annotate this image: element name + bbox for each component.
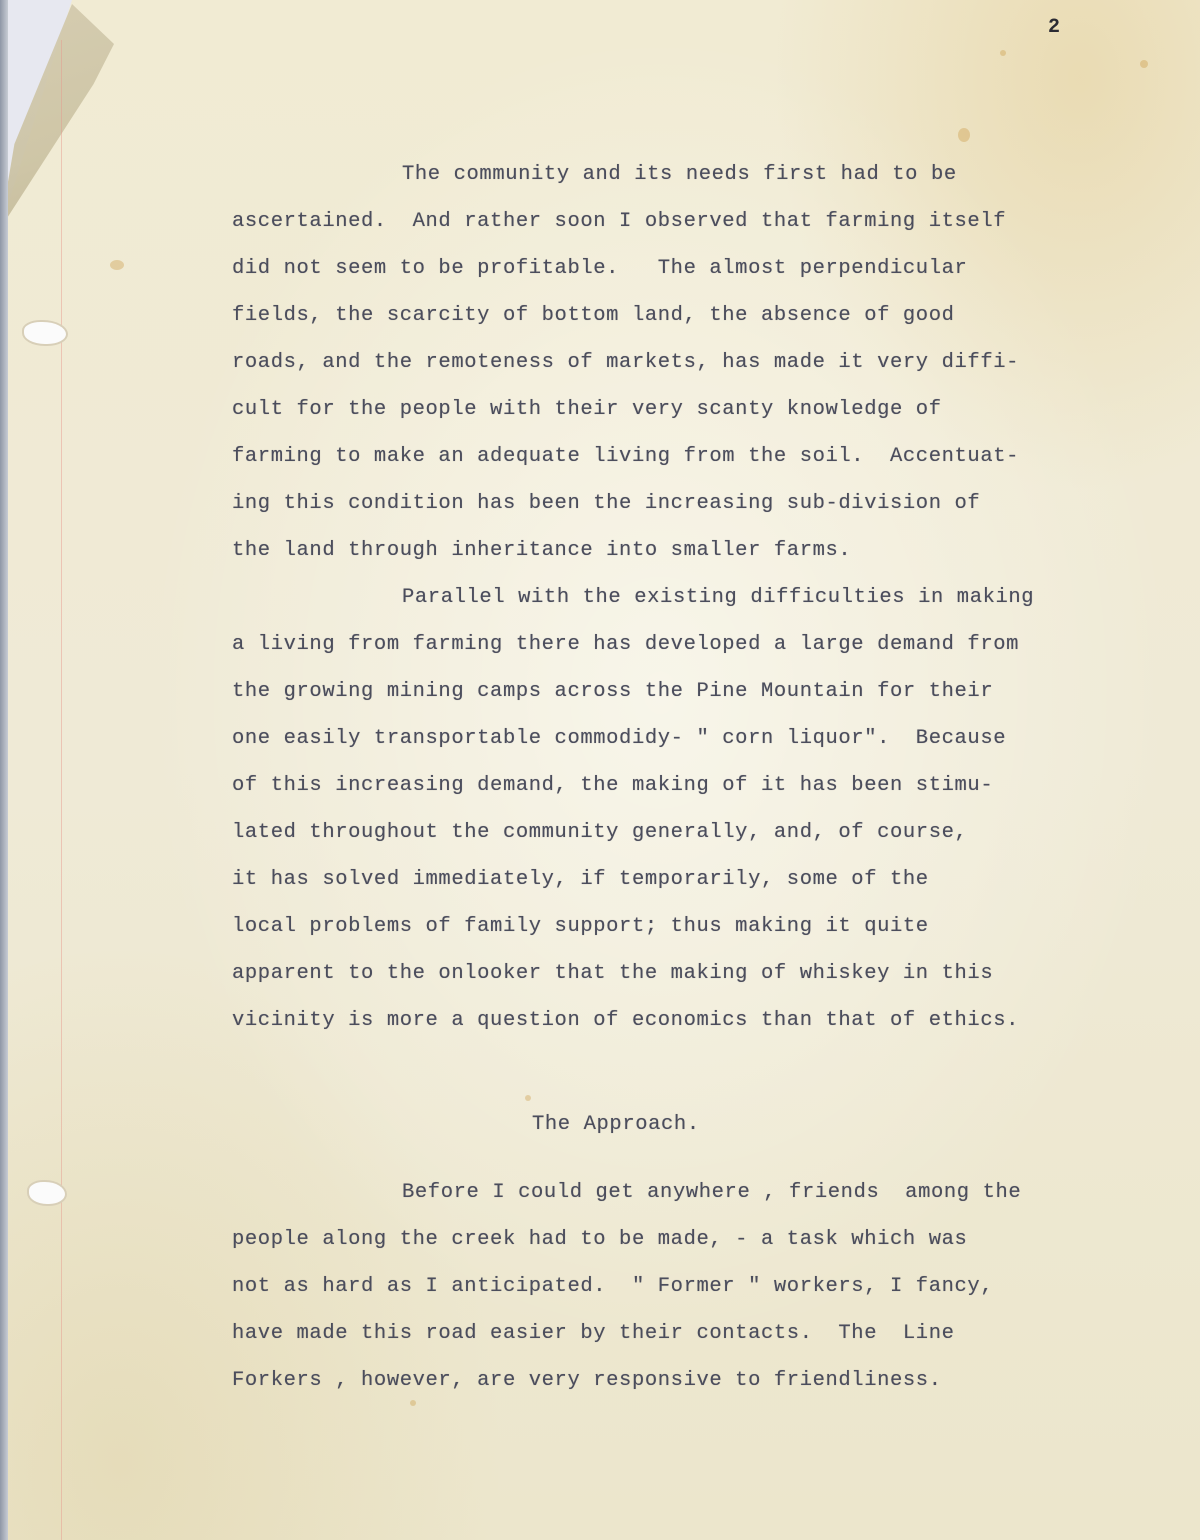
torn-punch-hole (22, 320, 68, 346)
text-line: a living from farming there has develope… (232, 628, 1122, 675)
text-line: not as hard as I anticipated. " Former "… (232, 1270, 1122, 1317)
text-line: ascertained. And rather soon I observed … (232, 205, 1122, 252)
text-line: Before I could get anywhere , friends am… (232, 1176, 1122, 1223)
rust-stain (110, 260, 124, 270)
rust-stain (525, 1095, 531, 1101)
rust-stain (1000, 50, 1006, 56)
text-line: of this increasing demand, the making of… (232, 769, 1122, 816)
typewritten-page: 2 The community and its needs first had … (0, 0, 1200, 1540)
text-line: did not seem to be profitable. The almos… (232, 252, 1122, 299)
margin-line (61, 40, 62, 1540)
text-line: roads, and the remoteness of markets, ha… (232, 346, 1122, 393)
section-heading: The Approach. (532, 1113, 700, 1136)
text-line: have made this road easier by their cont… (232, 1317, 1122, 1364)
text-line: apparent to the onlooker that the making… (232, 957, 1122, 1004)
section-body-text: Before I could get anywhere , friends am… (232, 1176, 1122, 1411)
left-edge-strip (0, 0, 8, 1540)
rust-stain (958, 128, 970, 142)
text-line: the growing mining camps across the Pine… (232, 675, 1122, 722)
text-line: Parallel with the existing difficulties … (232, 581, 1122, 628)
body-text: The community and its needs first had to… (232, 158, 1122, 1051)
text-line: the land through inheritance into smalle… (232, 534, 1122, 581)
text-line: ing this condition has been the increasi… (232, 487, 1122, 534)
text-line: fields, the scarcity of bottom land, the… (232, 299, 1122, 346)
rust-stain (1140, 60, 1148, 68)
text-line: one easily transportable commodidy- " co… (232, 722, 1122, 769)
text-line: vicinity is more a question of economics… (232, 1004, 1122, 1051)
text-line: it has solved immediately, if temporaril… (232, 863, 1122, 910)
text-line: people along the creek had to be made, -… (232, 1223, 1122, 1270)
text-line: farming to make an adequate living from … (232, 440, 1122, 487)
page-number: 2 (1048, 16, 1060, 39)
torn-punch-hole (27, 1180, 67, 1206)
text-line: local problems of family support; thus m… (232, 910, 1122, 957)
text-line: lated throughout the community generally… (232, 816, 1122, 863)
text-line: Forkers , however, are very responsive t… (232, 1364, 1122, 1411)
text-line: The community and its needs first had to… (232, 158, 1122, 205)
text-line: cult for the people with their very scan… (232, 393, 1122, 440)
